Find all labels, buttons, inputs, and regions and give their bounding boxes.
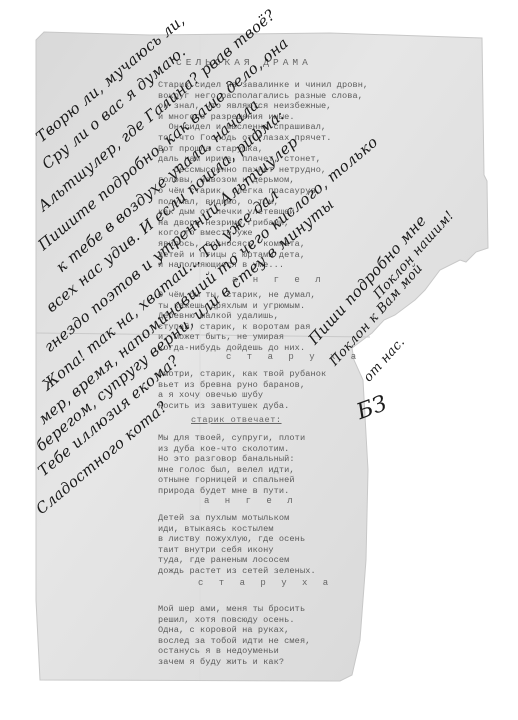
section-heading-old-woman-2: с т а р у х а <box>198 578 333 588</box>
section-3-line: дождь растет из сетей зеленых. <box>158 566 316 577</box>
section-2-line: Но это разговор банальный: <box>158 454 305 465</box>
section-3-line: Детей за пухлым мотыльком <box>158 513 316 524</box>
section-heading-angel-2: а н г е л <box>204 496 298 506</box>
typed-block-old-woman-2: Мой шер ами, меня ты броситьрешил, хотя … <box>158 604 310 668</box>
section-1-line: вьет из бревна руно баранов, <box>158 380 326 391</box>
section-3-line: иди, втыкаясь костылем <box>158 524 316 535</box>
scanned-page: СЕЛЬСКАЯ ДРАМА Старик сидел на завалинке… <box>0 0 518 720</box>
section-3-line: туда, где раненым лососем <box>158 555 316 566</box>
section-3-line: таит внутри себя икону <box>158 545 316 556</box>
section-4-line: решил, хотя повсюду осень. <box>158 615 310 626</box>
section-4-line: зачем я буду жить и как? <box>158 657 310 668</box>
section-1-line: а я хочу овечью шубу <box>158 390 326 401</box>
section-2-line: природа будет мне в пути. <box>158 486 305 497</box>
section-4-line: останусь я в недоуменьи <box>158 646 310 657</box>
section-2-line: мне голос был, велел идти, <box>158 465 305 476</box>
section-2-line: из дуба кое-что сколотим. <box>158 444 305 455</box>
section-3-line: в листву пожухлую, где осень <box>158 534 316 545</box>
section-1-line: Смотри, старик, как твой рубанок <box>158 369 326 380</box>
section-2-line: Мы для твоей, супруги, плоти <box>158 433 305 444</box>
section-4-line: Одна, с коровой на руках, <box>158 625 310 636</box>
section-4-line: Мой шер ами, меня ты бросить <box>158 604 310 615</box>
section-heading-old-man-answers: старик отвечает: <box>191 415 282 425</box>
typed-block-angel-2: Детей за пухлым мотылькомиди, втыкаясь к… <box>158 513 316 577</box>
typed-block-old-woman-1: Смотри, старик, как твой рубаноквьет из … <box>158 369 326 411</box>
section-4-line: вослед за тобой идти не смея, <box>158 636 310 647</box>
typed-block-old-man: Мы для твоей, супруги, плотииз дуба кое-… <box>158 433 305 497</box>
section-2-line: отныне горницей и спальней <box>158 475 305 486</box>
section-1-line: носить из завитушек дуба. <box>158 401 326 412</box>
